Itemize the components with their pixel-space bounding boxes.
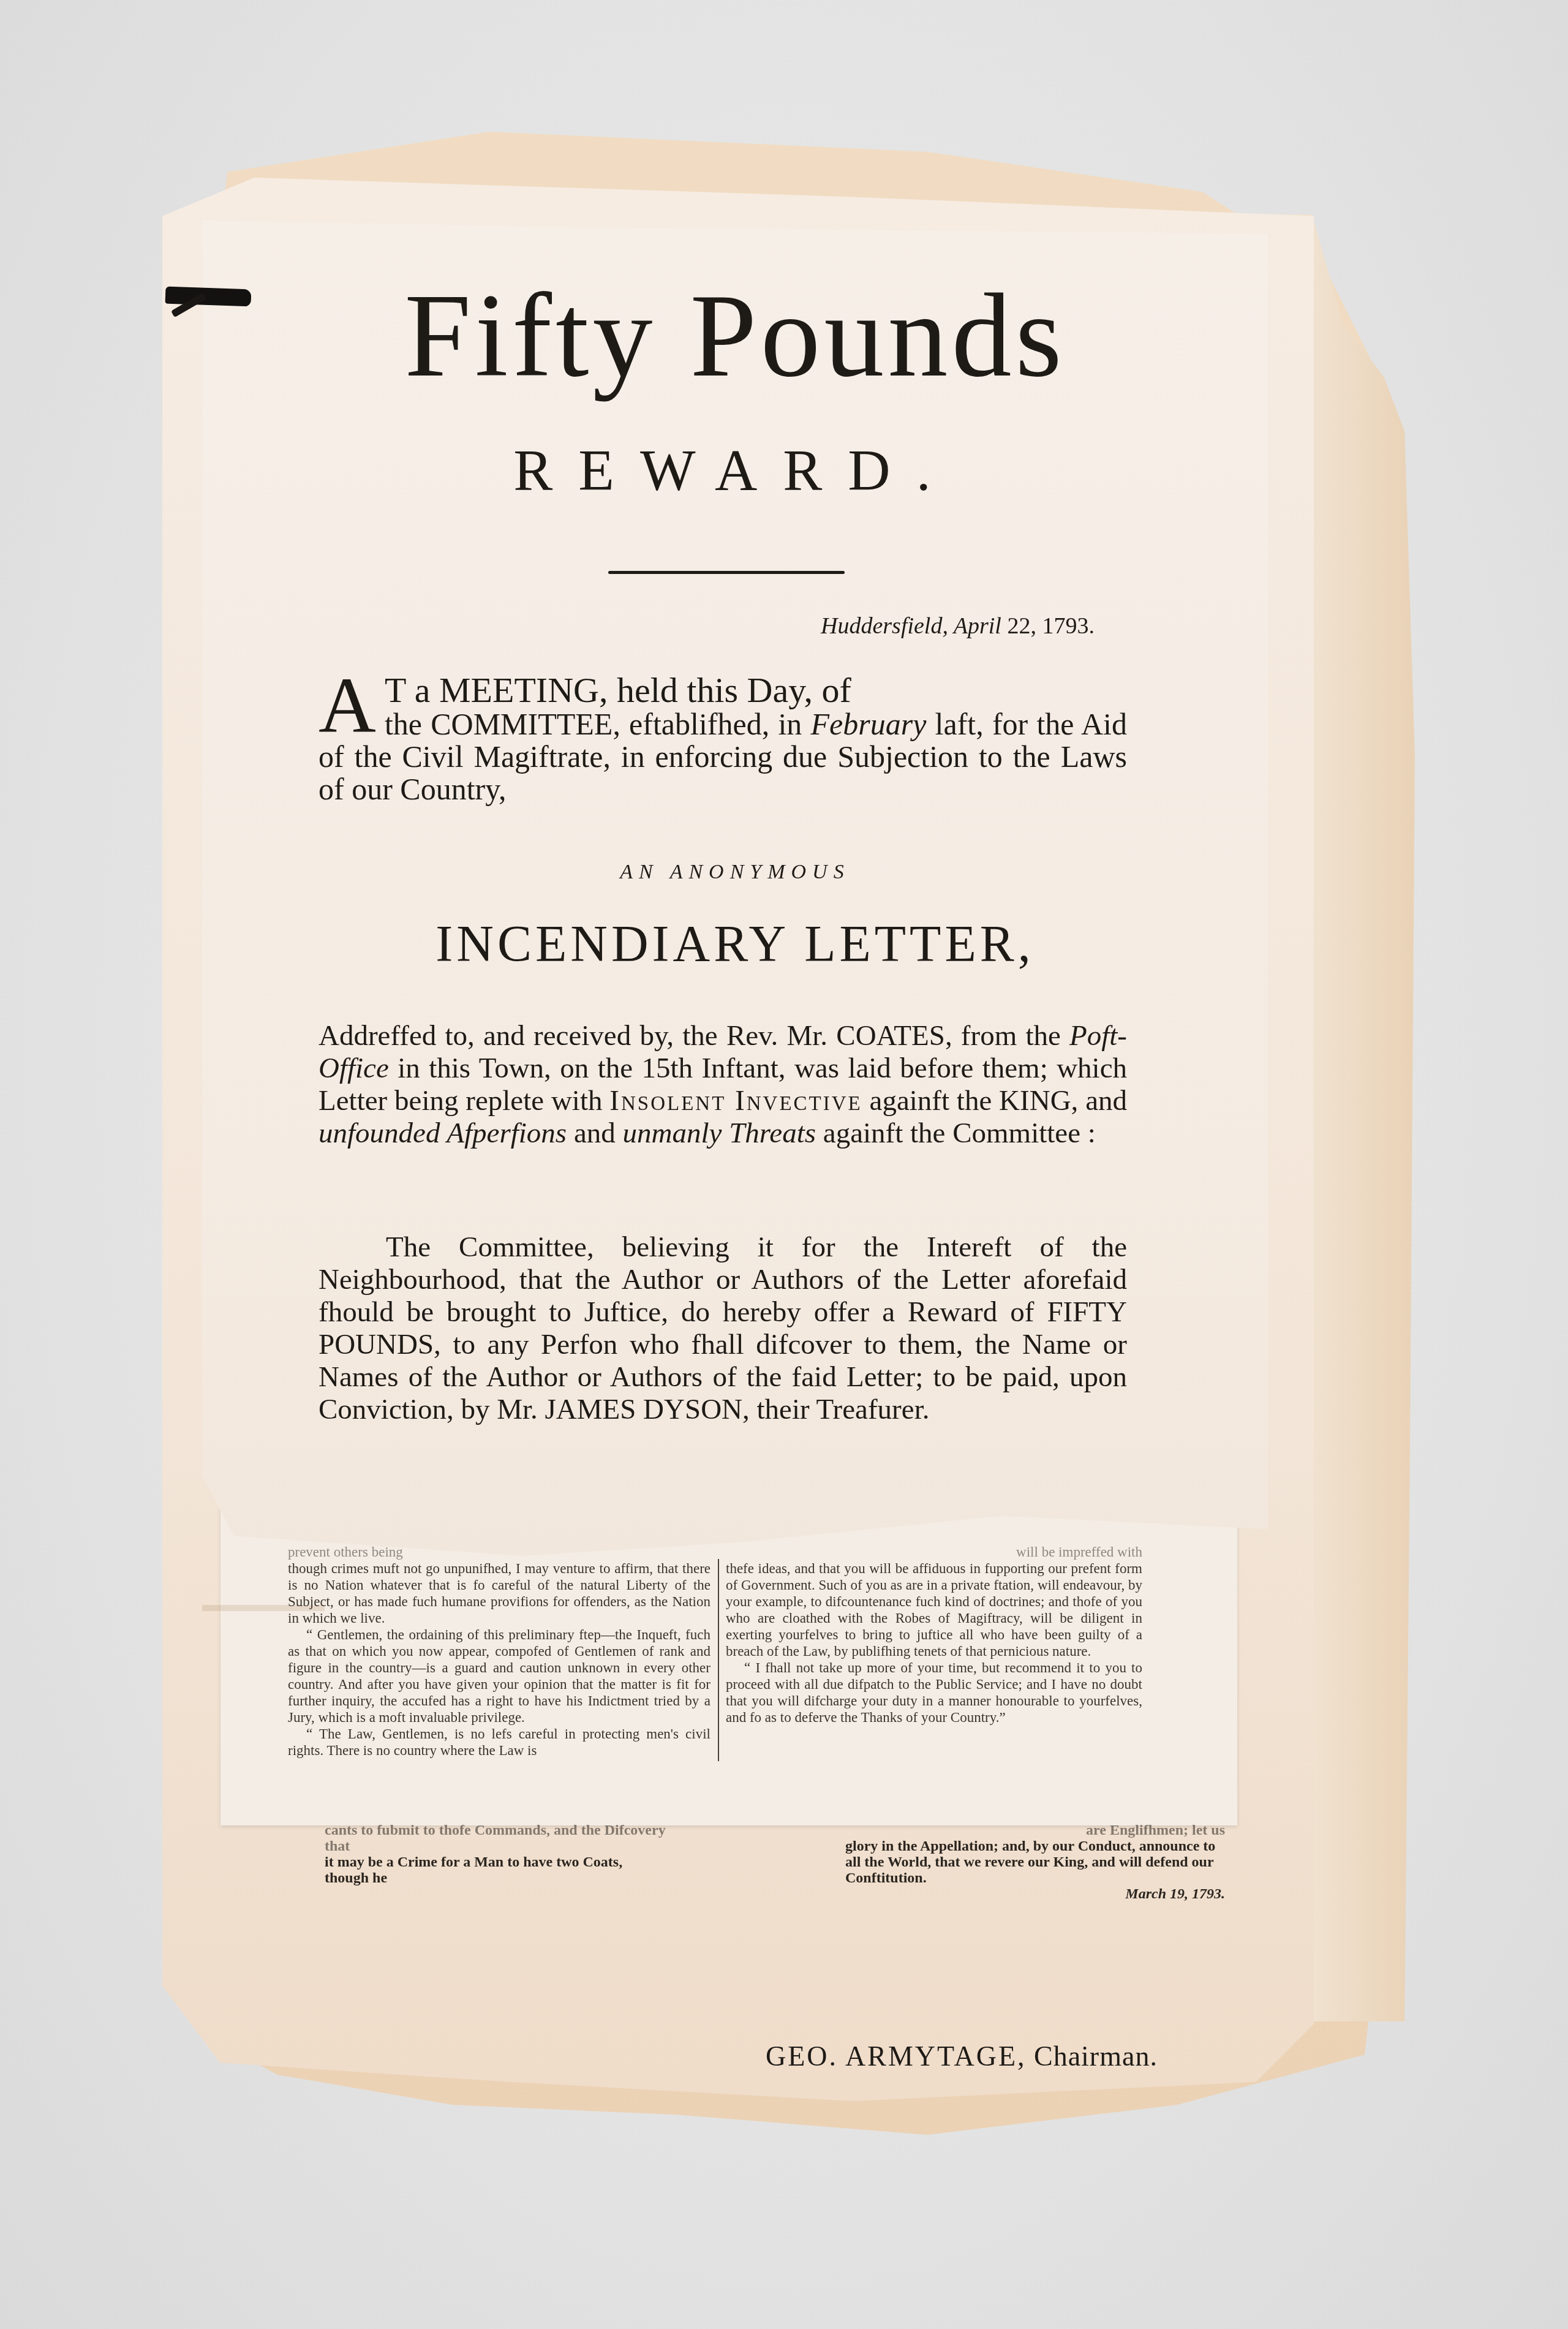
dateline-place: Huddersfield, [821, 613, 948, 639]
left-paragraph-2: “ Gentlemen, the ordaining of this preli… [288, 1626, 710, 1726]
column-divider [718, 1559, 719, 1761]
addressed-text-c: againft the KING, and [870, 1085, 1127, 1117]
addressed-text-a: Addreffed to, and received by, the Rev. … [318, 1020, 1061, 1052]
committee-paragraph: The Committee, believing it for the Inte… [318, 1231, 1127, 1426]
addressed-text-d: and [574, 1117, 616, 1149]
dateline-month: April [954, 613, 1001, 639]
signature-line: GEO. ARMYTAGE, Chairman. [766, 2040, 1158, 2072]
committee-text: The Committee, believing it for the Inte… [318, 1231, 1127, 1426]
signatory-name: GEO. ARMYTAGE, [766, 2040, 1026, 2072]
meeting-paragraph: A T a MEETING, held this Day, of the COM… [318, 674, 1127, 806]
left-paragraph-1: though crimes muft not go unpunifhed, I … [288, 1560, 710, 1626]
meeting-month: February [811, 707, 927, 741]
title-rule-divider [608, 571, 845, 574]
page-subtitle: REWARD. [202, 441, 1268, 500]
newspaper-right-column: will be impreffed with thefe ideas, and … [726, 1544, 1142, 1726]
lower-left-excerpt: cants to fubmit to thofe Commands, and t… [325, 1822, 668, 1886]
page-title: Fifty Pounds [202, 276, 1268, 396]
lower-right-text: glory in the Appellation; and, by our Co… [845, 1838, 1225, 1886]
meeting-lead: T a MEETING, held this Day, of [385, 670, 851, 710]
anonymous-label: AN ANONYMOUS [202, 861, 1268, 884]
lower-right-date: March 19, 1793. [845, 1886, 1225, 1902]
lower-right-cut-line: are Englifhmen; let us [845, 1822, 1225, 1838]
unfounded-aspersions-text: unfounded Afperfions [318, 1117, 567, 1149]
lower-right-excerpt: are Englifhmen; let us glory in the Appe… [845, 1822, 1225, 1902]
right-paragraph-2: “ I fhall not take up more of your time,… [726, 1659, 1142, 1726]
meeting-line2a: the COMMITTEE, eftablifhed, in [385, 707, 802, 741]
right-paragraph-1: thefe ideas, and that you will be affidu… [726, 1560, 1142, 1659]
meeting-line2b: laft, [935, 707, 984, 741]
addressed-text-e: againft the Committee : [823, 1117, 1096, 1149]
dateline-day-year: 22, 1793. [1007, 613, 1095, 639]
lower-left-cut-line: cants to fubmit to thofe Commands, and t… [325, 1822, 668, 1854]
right-cut-line: will be impreffed with [726, 1544, 1142, 1560]
signatory-role: Chairman. [1034, 2040, 1158, 2072]
dateline: Huddersfield, April 22, 1793. [821, 613, 1095, 640]
left-cut-line: prevent others being [288, 1544, 710, 1560]
drop-cap: A [318, 675, 376, 736]
newspaper-left-column: prevent others being though crimes muft … [288, 1544, 710, 1759]
addressed-paragraph: Addreffed to, and received by, the Rev. … [318, 1020, 1127, 1150]
left-paragraph-3: “ The Law, Gentlemen, is no lefs careful… [288, 1726, 710, 1759]
lower-left-line: it may be a Crime for a Man to have two … [325, 1854, 668, 1886]
insolent-invective-text: Insolent Invective [609, 1085, 862, 1117]
unmanly-threats-text: unmanly Threats [623, 1117, 816, 1149]
incendiary-heading: INCENDIARY LETTER, [202, 919, 1268, 970]
